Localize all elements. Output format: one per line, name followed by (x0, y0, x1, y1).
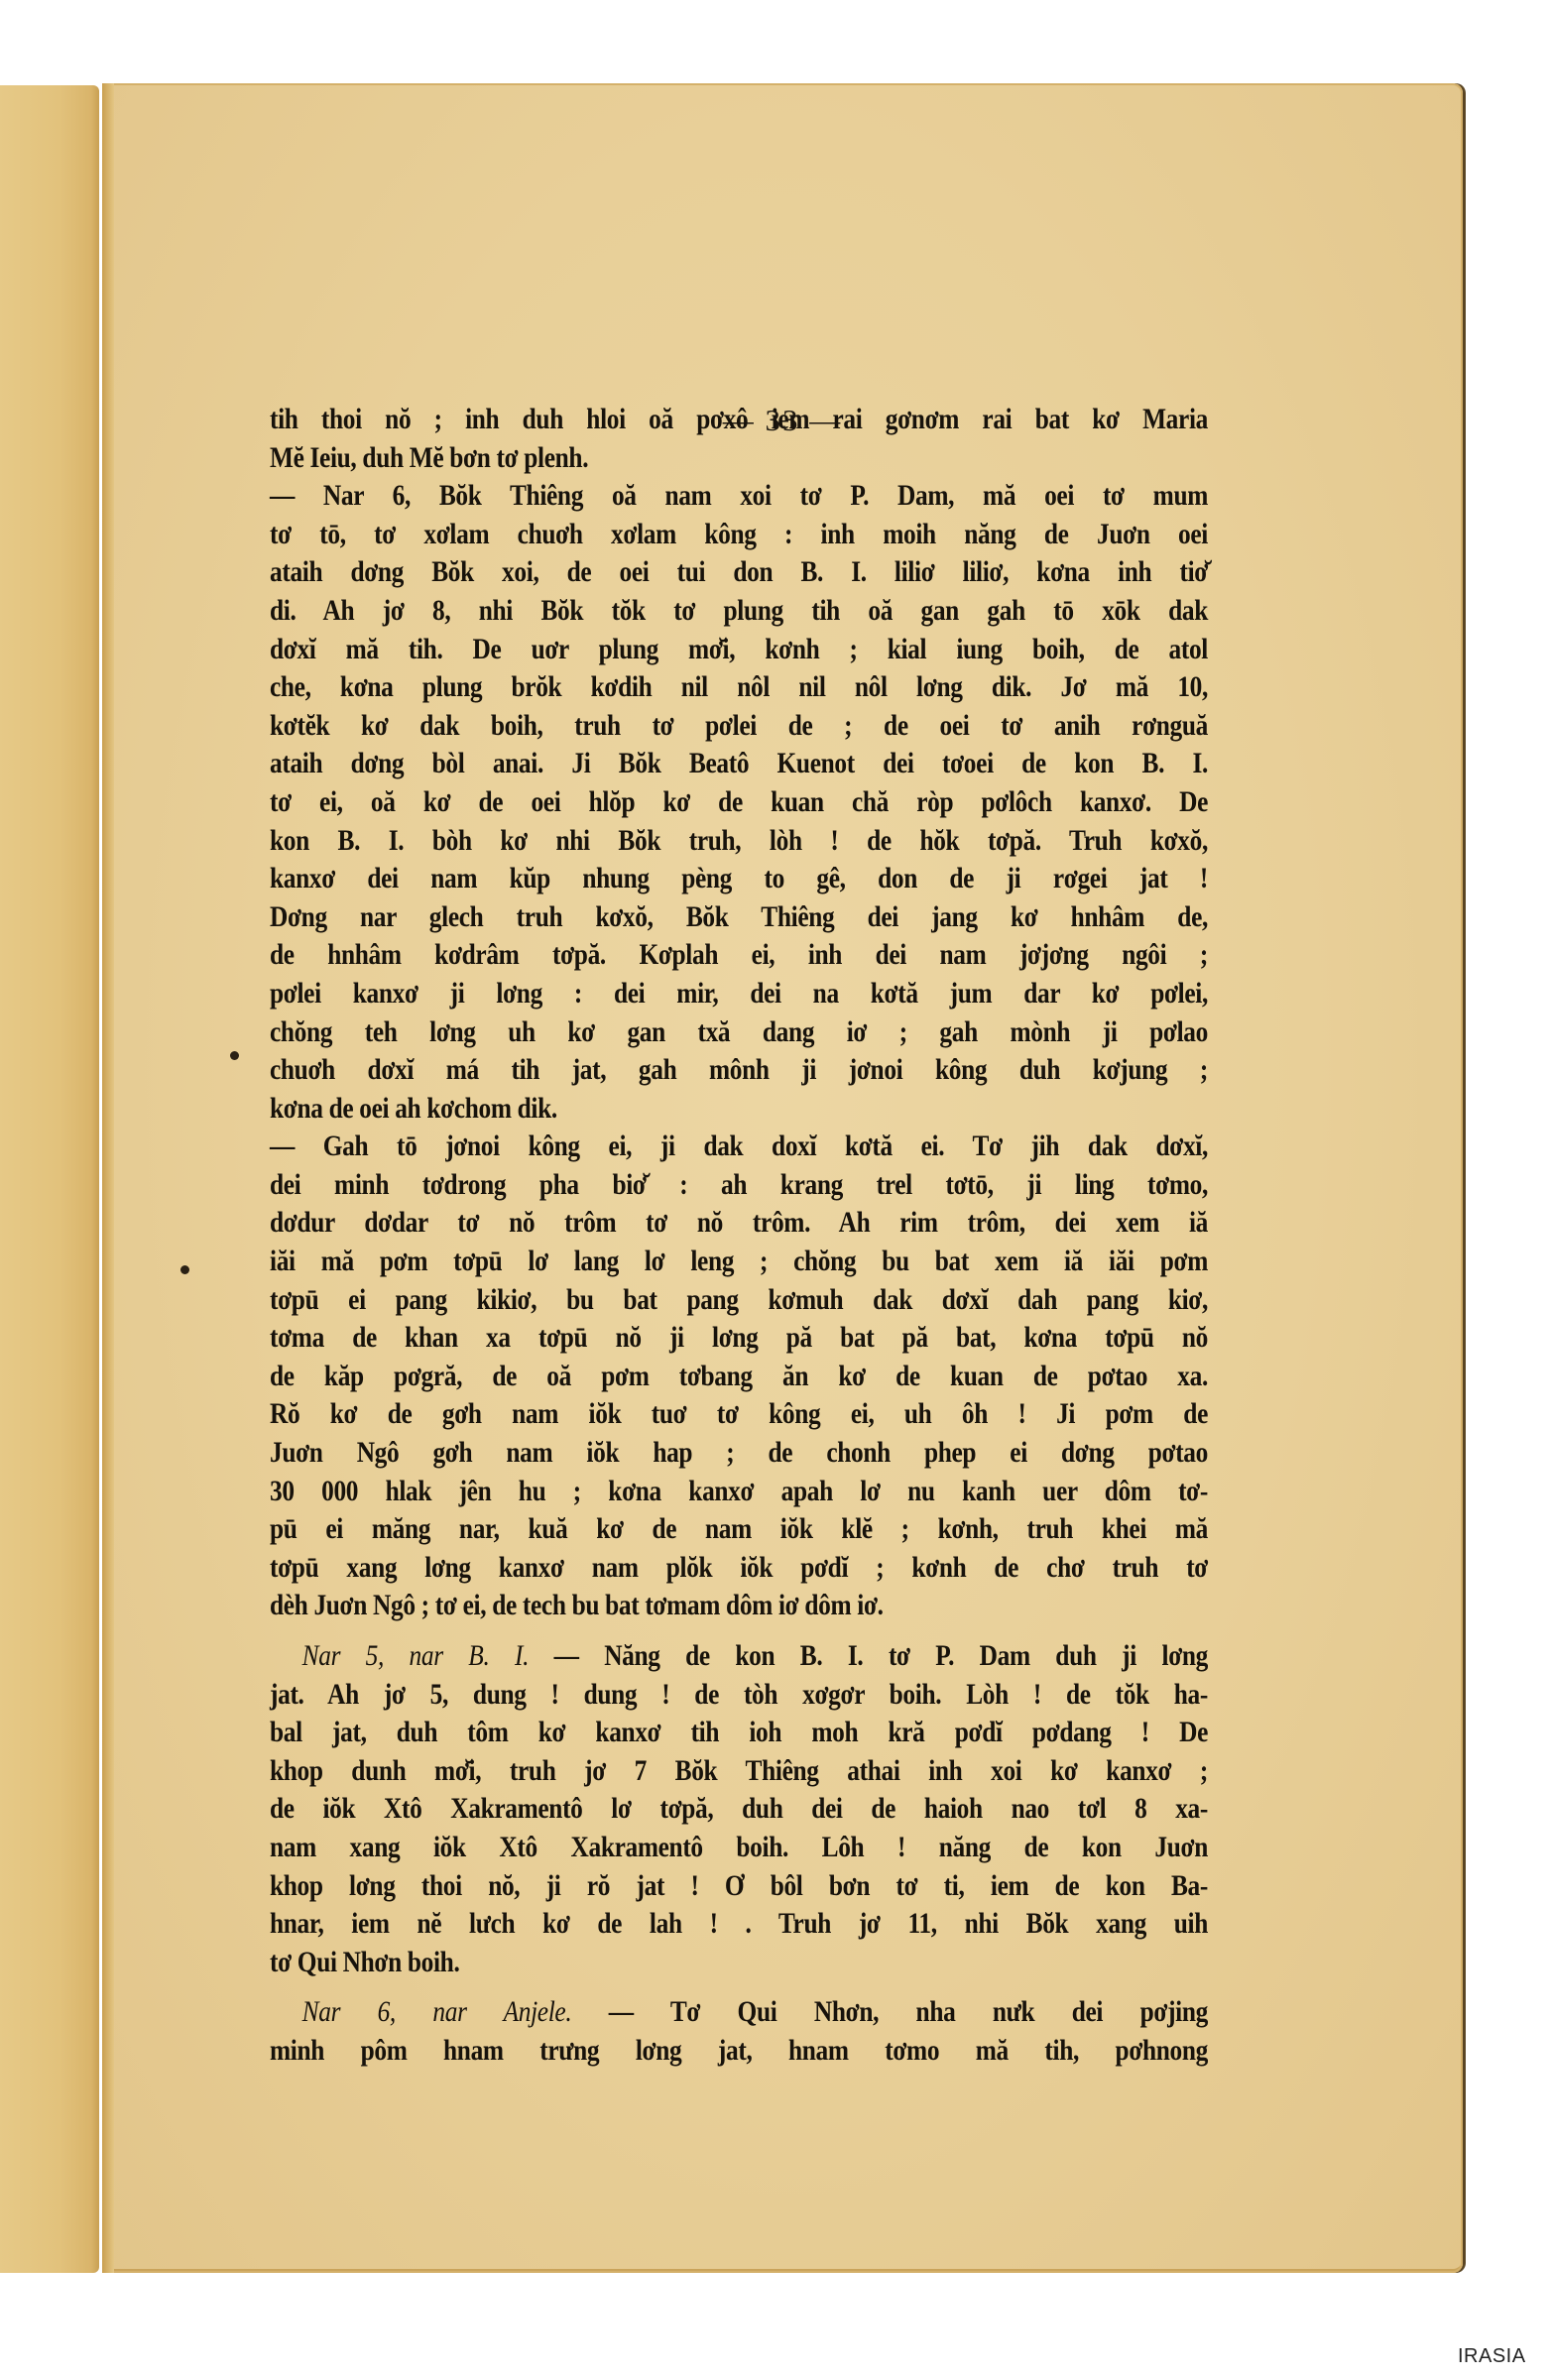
watermark-label: IRASIA (1458, 2345, 1526, 2368)
text-line: kơna de oei ah kơchom dik. (270, 1090, 1208, 1129)
text-line: Rŏ kơ de gơh nam iŏk tuơ tơ kông ei, uh … (270, 1395, 1208, 1434)
text-line: ataih dơng Bŏk xoi, de oei tui don B. I.… (270, 553, 1208, 592)
text-line: kanxơ dei nam kŭp nhung pèng to gê, don … (270, 860, 1208, 898)
text-line: khop dunh mơ̆i, truh jơ 7 Bŏk Thiêng ath… (270, 1752, 1208, 1791)
text-line: kơtĕk kơ dak boih, truh tơ pơlei de ; de… (270, 707, 1208, 746)
text-line: tơpū ei pang kikiơ, bu bat pang kơmuh da… (270, 1281, 1208, 1320)
text-line: tơpū xang lơng kanxơ nam plŏk iŏk pơdĭ ;… (270, 1549, 1208, 1588)
text-line: tơ tō, tơ xơlam chuơh xơlam kông : inh m… (270, 516, 1208, 554)
section-heading-italic: Nar 5, nar B. I. (302, 1640, 529, 1672)
text-line: bal jat, duh tôm kơ kanxơ tih ioh moh kr… (270, 1714, 1208, 1752)
ink-speck (230, 1051, 239, 1060)
text-line: de kăp pơgră, de oă pơm tơbang ăn kơ de … (270, 1358, 1208, 1396)
text-line: tơ Qui Nhơn boih. (270, 1944, 1208, 1982)
text-line: dèh Juơn Ngô ; tơ ei, de tech bu bat tơm… (270, 1587, 1208, 1625)
body-text: tih thoi nŏ ; inh duh hloi oă pơxô iem r… (270, 401, 1208, 2071)
text-line: de iŏk Xtô Xakramentô lơ tơpă, duh dei d… (270, 1790, 1208, 1829)
text-line: de hnhâm kơdrâm tơpă. Kơplah ei, inh dei… (270, 936, 1208, 975)
ink-speck (180, 1265, 189, 1274)
text-line: Dơng nar glech truh kơxŏ, Bŏk Thiêng dei… (270, 898, 1208, 937)
text-line: jat. Ah jơ 5, dung ! dung ! de tòh xơgơr… (270, 1676, 1208, 1715)
text-line: iăi mă pơm tơpū lơ lang lơ leng ; chŏng … (270, 1243, 1208, 1281)
text-line: 30 000 hlak jên hu ; kơna kanxơ apah lơ … (270, 1473, 1208, 1511)
text-line: che, kơna plung brŏk kơdih nil nôl nil n… (270, 668, 1208, 707)
text-line: tơ ei, oă kơ de oei hlŏp kơ de kuan chă … (270, 783, 1208, 822)
text-line: tih thoi nŏ ; inh duh hloi oă pơxô iem r… (270, 401, 1208, 439)
text-line: chŏng teh lơng uh kơ gan txă dang iơ ; g… (270, 1013, 1208, 1052)
text-line: di. Ah jơ 8, nhi Bŏk tŏk tơ plung tih oă… (270, 592, 1208, 631)
text-line: dei minh tơdrong pha biơ̆ : ah krang tre… (270, 1166, 1208, 1205)
text-line: Juơn Ngô gơh nam iŏk hap ; de chonh phep… (270, 1434, 1208, 1473)
text-line: dơxĭ mă tih. De uơr plung mơ̆i, kơnh ; k… (270, 631, 1208, 669)
text-line: ataih dơng bòl anai. Ji Bŏk Beatô Kuenot… (270, 745, 1208, 783)
text-line: chuơh dơxĭ má tih jat, gah mônh ji jơnoi… (270, 1051, 1208, 1090)
text-line: dơdur dơdar tơ nŏ trôm tơ nŏ trôm. Ah ri… (270, 1204, 1208, 1243)
section-heading-italic: Nar 6, nar Anjele. (302, 1996, 572, 2028)
text-line: Mĕ Ieiu, duh Mĕ bơn tơ plenh. (270, 439, 1208, 478)
text-line: nam xang iŏk Xtô Xakramentô boih. Lôh ! … (270, 1829, 1208, 1867)
facing-page-edge (0, 85, 99, 2273)
text-line: — Gah tō jơnoi kông ei, ji dak doxĭ kơtă… (270, 1128, 1208, 1166)
text-line: khop lơng thoi nŏ, ji rŏ jat ! Ơ bôl bơn… (270, 1867, 1208, 1906)
text-line: — Nar 6, Bŏk Thiêng oă nam xoi tơ P. Dam… (270, 477, 1208, 516)
text-line: tơma de khan xa tơpū nŏ ji lơng pă bat p… (270, 1319, 1208, 1358)
text-line: hnar, iem nĕ lưch kơ de lah ! . Truh jơ … (270, 1905, 1208, 1944)
text-line: pơlei kanxơ ji lơng : dei mir, dei na kơ… (270, 975, 1208, 1013)
text-line: minh pôm hnam trưng lơng jat, hnam tơmo … (270, 2032, 1208, 2071)
text-line: Nar 5, nar B. I. — Năng de kon B. I. tơ … (270, 1637, 1208, 1676)
text-line: pū ei măng nar, kuă kơ de nam iŏk klĕ ; … (270, 1510, 1208, 1549)
text-line: Nar 6, nar Anjele. — Tơ Qui Nhơn, nha nư… (270, 1993, 1208, 2032)
text-line: kon B. I. bòh kơ nhi Bŏk truh, lòh ! de … (270, 822, 1208, 861)
